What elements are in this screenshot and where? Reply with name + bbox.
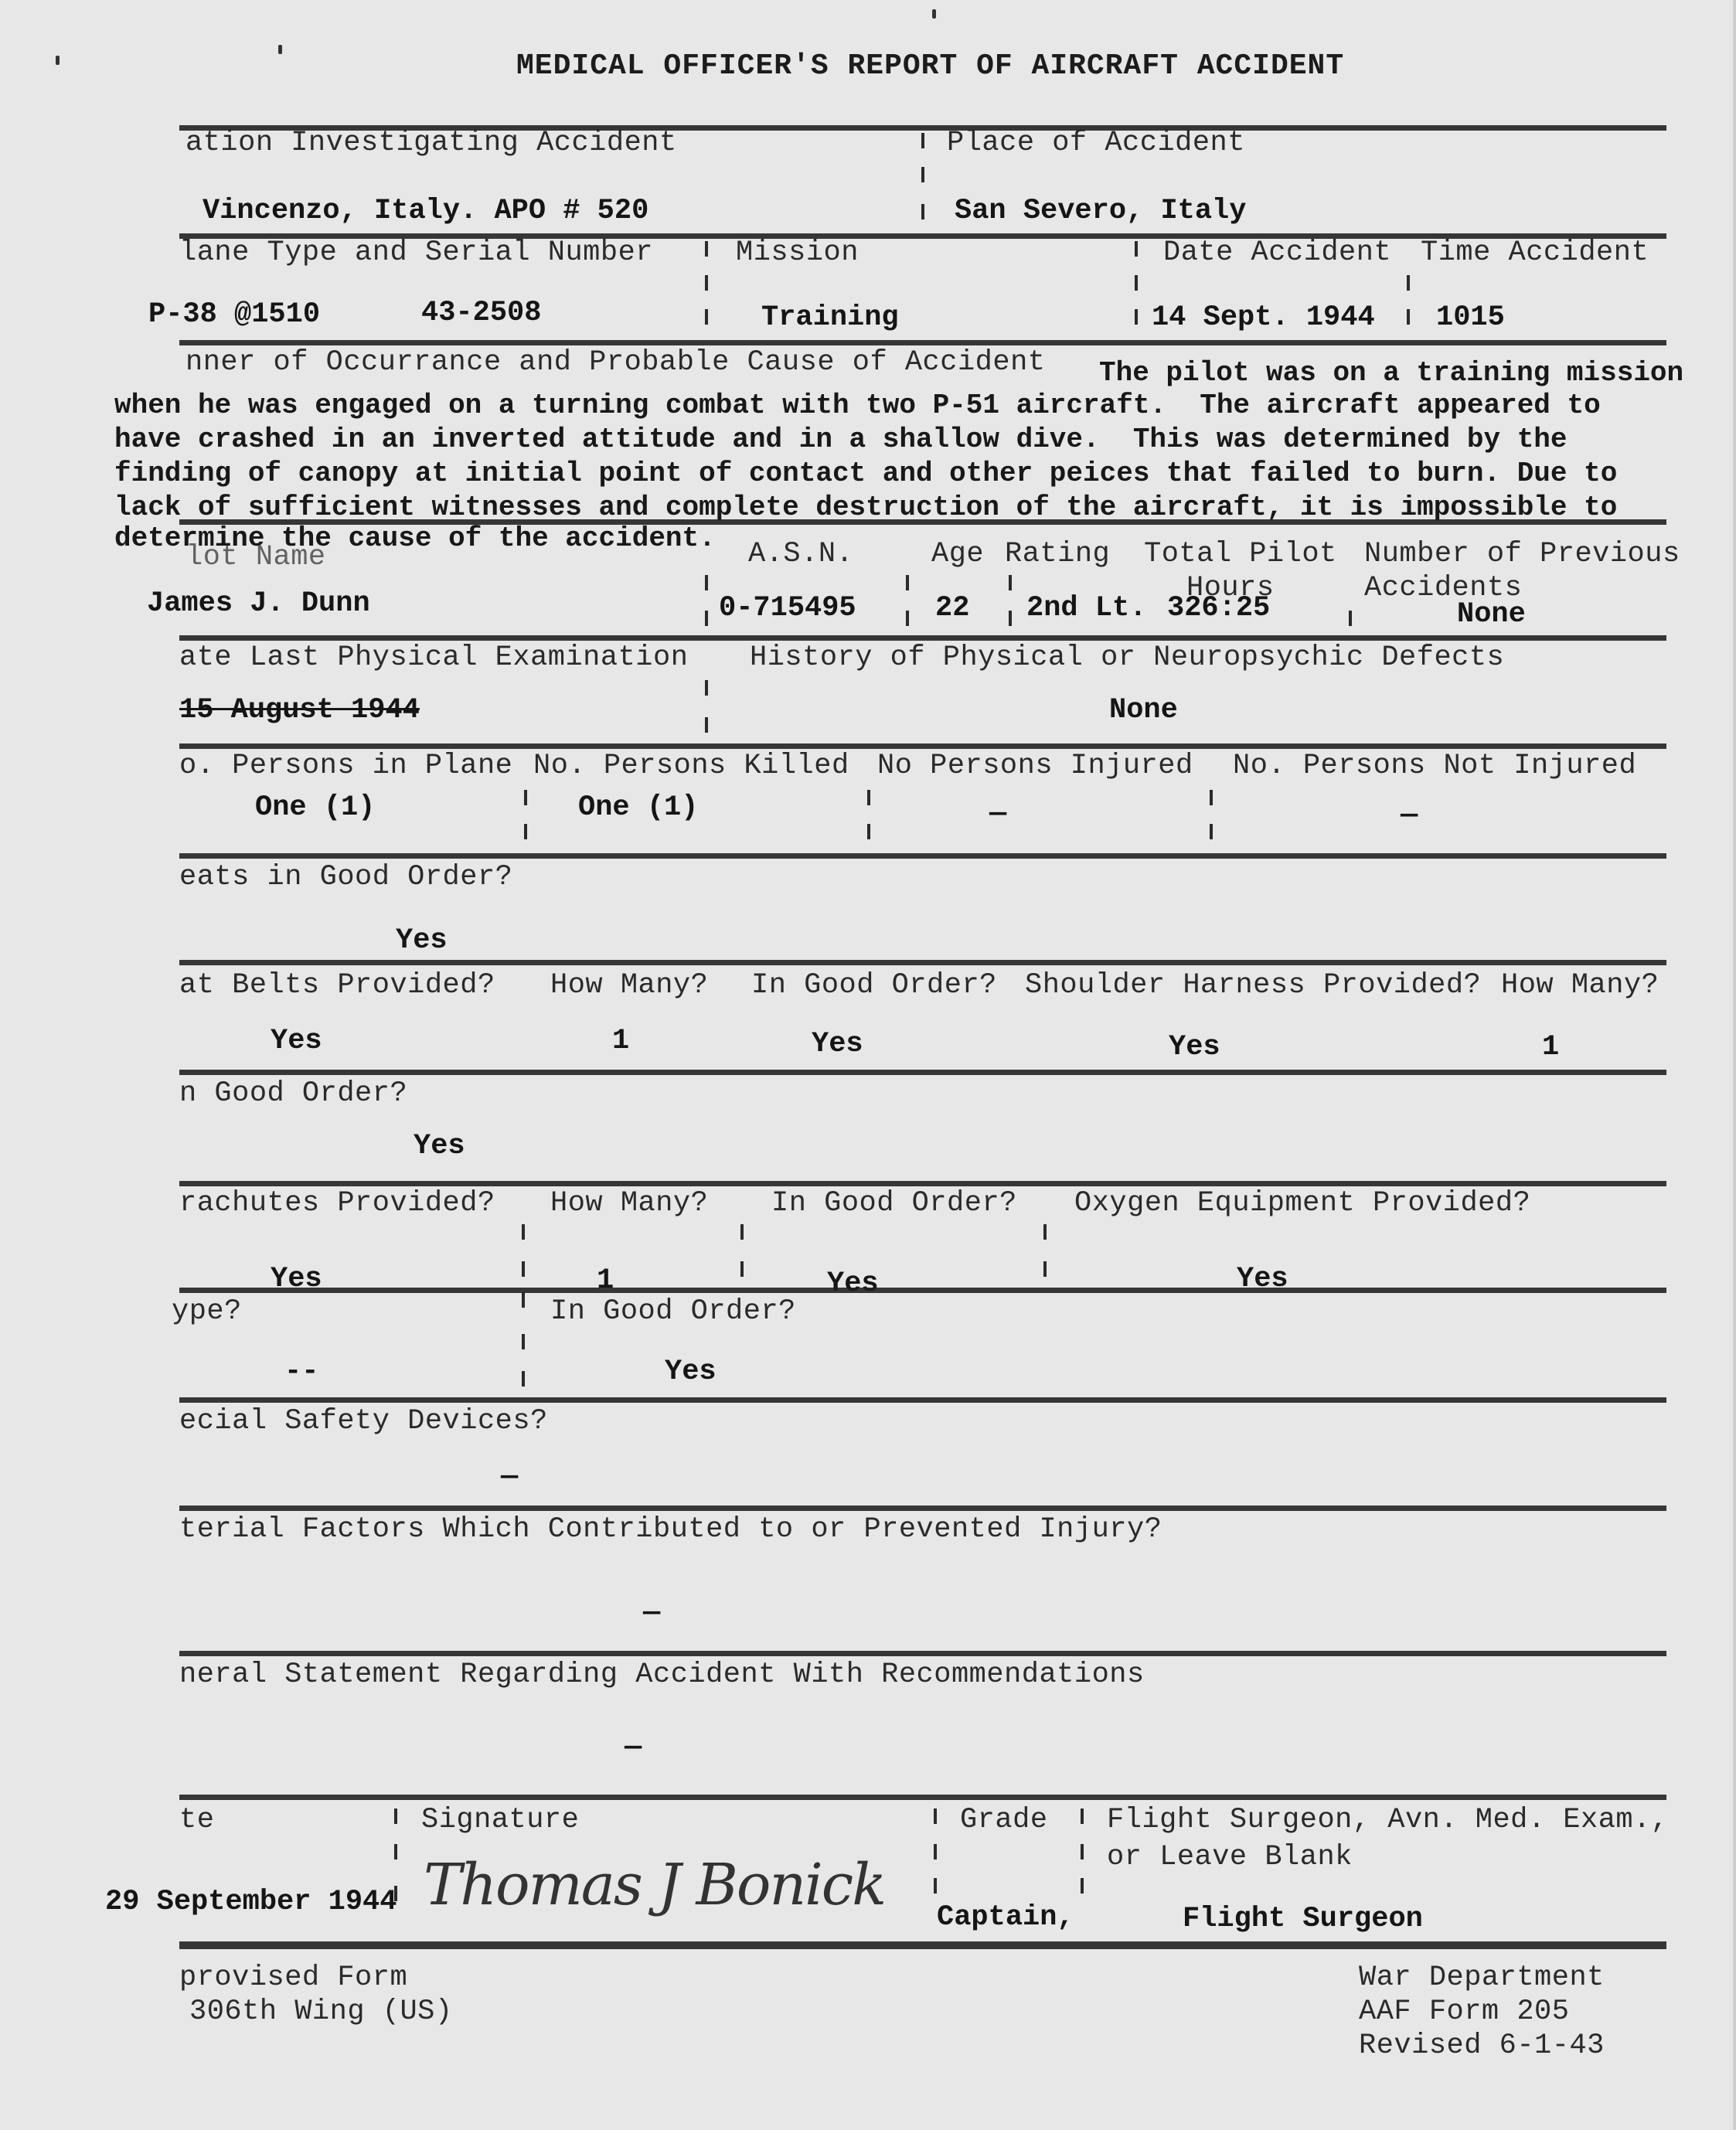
belts-how-many-label: How Many? bbox=[550, 969, 708, 1002]
rule bbox=[179, 1070, 1666, 1075]
column-divider bbox=[522, 1224, 525, 1240]
station-value: Vincenzo, Italy. APO # 520 bbox=[203, 195, 648, 227]
rule bbox=[179, 960, 1666, 965]
rule bbox=[179, 1506, 1666, 1511]
column-divider bbox=[740, 1261, 744, 1277]
physical-date-value: 15 August 1944 bbox=[179, 694, 420, 726]
column-divider bbox=[394, 1844, 397, 1859]
parachutes-provided-label: rachutes Provided? bbox=[179, 1187, 495, 1220]
signoff-date-value: 29 September 1944 bbox=[105, 1886, 397, 1918]
column-divider bbox=[740, 1224, 744, 1240]
belts-good-order-value: Yes bbox=[812, 1028, 863, 1060]
persons-killed-value: One (1) bbox=[578, 791, 698, 824]
manner-line: lack of sufficient witnesses and complet… bbox=[114, 492, 1617, 523]
special-devices-value: — bbox=[501, 1461, 518, 1493]
general-statement-label: neral Statement Regarding Accident With … bbox=[179, 1659, 1145, 1691]
column-divider bbox=[705, 241, 708, 257]
column-divider bbox=[1081, 1808, 1084, 1824]
material-factors-value: — bbox=[643, 1597, 660, 1629]
scan-speck bbox=[278, 45, 282, 54]
column-divider bbox=[705, 611, 708, 626]
column-divider bbox=[934, 1878, 937, 1894]
signature-label: Signature bbox=[421, 1804, 579, 1836]
column-divider bbox=[1043, 1224, 1047, 1240]
parachutes-good-order-value: Yes bbox=[827, 1267, 879, 1300]
mission-label: Mission bbox=[736, 236, 859, 269]
column-divider bbox=[1135, 241, 1138, 257]
column-divider bbox=[934, 1844, 937, 1859]
parachutes-good-order-label: In Good Order? bbox=[771, 1187, 1017, 1220]
harness-how-many-value: 1 bbox=[1542, 1031, 1559, 1063]
belts-provided-label: at Belts Provided? bbox=[179, 969, 495, 1002]
column-divider bbox=[921, 133, 924, 148]
column-divider bbox=[1081, 1844, 1084, 1859]
station-label: ation Investigating Accident bbox=[186, 127, 677, 159]
belts-good-order-label: In Good Order? bbox=[751, 969, 997, 1002]
rule bbox=[179, 1288, 1666, 1293]
plane-label: lane Type and Serial Number bbox=[179, 236, 653, 269]
scan-speck bbox=[932, 9, 936, 19]
footer-right-line: War Department bbox=[1359, 1962, 1605, 1994]
footer-left-line: 306th Wing (US) bbox=[189, 1996, 453, 2028]
rating-value: 2nd Lt. bbox=[1026, 592, 1146, 624]
column-divider bbox=[705, 717, 708, 733]
signoff-date-label: te bbox=[179, 1804, 214, 1836]
seats-value: Yes bbox=[396, 924, 448, 957]
persons-in-plane-value: One (1) bbox=[255, 791, 375, 824]
column-divider bbox=[1009, 575, 1012, 590]
plane-serial-value: 43-2508 bbox=[421, 297, 541, 329]
manner-line: when he was engaged on a turning combat … bbox=[114, 390, 1601, 421]
column-divider bbox=[522, 1292, 525, 1308]
column-divider bbox=[867, 824, 870, 839]
page-edge bbox=[1733, 0, 1736, 2130]
column-divider bbox=[1135, 309, 1138, 325]
pilot-name-value: James J. Dunn bbox=[147, 587, 370, 620]
grade-label: Grade bbox=[960, 1804, 1048, 1836]
column-divider bbox=[906, 611, 909, 626]
persons-not-injured-value: — bbox=[1401, 799, 1418, 832]
column-divider bbox=[1210, 824, 1213, 839]
previous-accidents-label: Number of Previous bbox=[1364, 538, 1680, 570]
hours-value: 326:25 bbox=[1167, 592, 1270, 624]
belts-provided-value: Yes bbox=[271, 1025, 322, 1057]
persons-injured-label: No Persons Injured bbox=[877, 750, 1193, 782]
rule bbox=[179, 1941, 1666, 1949]
column-divider bbox=[522, 1334, 525, 1349]
manner-line: finding of canopy at initial point of co… bbox=[114, 458, 1617, 489]
column-divider bbox=[934, 1808, 937, 1824]
column-divider bbox=[705, 680, 708, 696]
handwritten-signature: Thomas J Bonick bbox=[424, 1852, 885, 1918]
history-value: None bbox=[1109, 694, 1178, 726]
history-label: History of Physical or Neuropsychic Defe… bbox=[750, 641, 1504, 674]
time-accident-value: 1015 bbox=[1436, 301, 1505, 334]
manner-line: have crashed in an inverted attitude and… bbox=[114, 424, 1568, 455]
asn-value: 0-715495 bbox=[719, 592, 856, 624]
column-divider bbox=[921, 204, 924, 219]
column-divider bbox=[705, 275, 708, 291]
column-divider bbox=[867, 790, 870, 805]
column-divider bbox=[1009, 611, 1012, 626]
plane-type-value: P-38 @1510 bbox=[148, 298, 320, 331]
manner-label: nner of Occurrance and Probable Cause of… bbox=[186, 346, 1045, 379]
column-divider bbox=[705, 309, 708, 325]
persons-injured-value: — bbox=[989, 798, 1006, 830]
seats-label: eats in Good Order? bbox=[179, 861, 512, 893]
harness-value: Yes bbox=[1169, 1031, 1220, 1063]
oxygen-label: Oxygen Equipment Provided? bbox=[1074, 1187, 1530, 1220]
column-divider bbox=[394, 1808, 397, 1824]
role-value: Flight Surgeon bbox=[1183, 1903, 1423, 1935]
footer-right-line: AAF Form 205 bbox=[1359, 1996, 1569, 2028]
age-value: 22 bbox=[935, 592, 969, 624]
rule bbox=[179, 1795, 1666, 1800]
footer-left-line: provised Form bbox=[179, 1962, 407, 1994]
mission-value: Training bbox=[761, 301, 899, 334]
parachutes-how-many-label: How Many? bbox=[550, 1187, 708, 1220]
rule bbox=[179, 743, 1666, 749]
oxygen-good-order-value: Yes bbox=[665, 1356, 717, 1388]
column-divider bbox=[1135, 275, 1138, 291]
previous-accidents-value: None bbox=[1457, 598, 1526, 631]
role-label: Flight Surgeon, Avn. Med. Exam., bbox=[1107, 1804, 1669, 1836]
place-value: San Severo, Italy bbox=[955, 195, 1246, 227]
date-accident-label: Date Accident bbox=[1163, 236, 1391, 269]
footer-right-line: Revised 6-1-43 bbox=[1359, 2030, 1605, 2062]
persons-in-plane-label: o. Persons in Plane bbox=[179, 750, 512, 782]
physical-date-label: ate Last Physical Examination bbox=[179, 641, 688, 674]
grade-value: Captain, bbox=[937, 1901, 1074, 1934]
role-label-2: or Leave Blank bbox=[1107, 1841, 1353, 1873]
pilot-name-label: lot Name bbox=[186, 541, 326, 573]
place-label: Place of Accident bbox=[947, 127, 1245, 159]
column-divider bbox=[1210, 790, 1213, 805]
column-divider bbox=[906, 575, 909, 590]
harness-order-label: n Good Order? bbox=[179, 1077, 407, 1110]
time-accident-label: Time Accident bbox=[1421, 236, 1649, 269]
harness-label: Shoulder Harness Provided? bbox=[1025, 969, 1481, 1002]
column-divider bbox=[524, 790, 527, 805]
hours-label: Total Pilot bbox=[1144, 538, 1337, 570]
rating-label: Rating bbox=[1005, 538, 1110, 570]
scan-speck bbox=[56, 56, 60, 65]
column-divider bbox=[1407, 275, 1410, 291]
oxygen-type-value: -- bbox=[284, 1356, 318, 1388]
harness-how-many-label: How Many? bbox=[1501, 969, 1659, 1002]
column-divider bbox=[1407, 309, 1410, 325]
persons-not-injured-label: No. Persons Not Injured bbox=[1233, 750, 1636, 782]
material-factors-label: terial Factors Which Contributed to or P… bbox=[179, 1513, 1162, 1546]
manner-line: The pilot was on a training mission bbox=[1099, 357, 1683, 389]
rule bbox=[179, 1181, 1666, 1186]
date-accident-value: 14 Sept. 1944 bbox=[1152, 301, 1375, 334]
column-divider bbox=[921, 167, 924, 182]
asn-label: A.S.N. bbox=[748, 538, 853, 570]
special-devices-label: ecial Safety Devices? bbox=[179, 1405, 548, 1438]
rule bbox=[179, 340, 1666, 345]
rule bbox=[179, 1397, 1666, 1403]
general-statement-value: — bbox=[625, 1731, 642, 1764]
column-divider bbox=[1349, 611, 1352, 626]
oxygen-type-label: ype? bbox=[172, 1295, 242, 1328]
belts-how-many-value: 1 bbox=[612, 1025, 629, 1057]
rule bbox=[179, 635, 1666, 641]
rule bbox=[179, 519, 1666, 525]
column-divider bbox=[522, 1371, 525, 1387]
persons-killed-label: No. Persons Killed bbox=[533, 750, 849, 782]
age-label: Age bbox=[931, 538, 984, 570]
column-divider bbox=[1043, 1261, 1047, 1277]
column-divider bbox=[1081, 1878, 1084, 1894]
column-divider bbox=[705, 575, 708, 590]
column-divider bbox=[524, 824, 527, 839]
rule bbox=[179, 1651, 1666, 1656]
harness-order-value: Yes bbox=[414, 1130, 465, 1162]
oxygen-good-order-label: In Good Order? bbox=[550, 1295, 796, 1328]
rule bbox=[179, 853, 1666, 859]
form-title: MEDICAL OFFICER'S REPORT OF AIRCRAFT ACC… bbox=[516, 49, 1344, 83]
column-divider bbox=[522, 1261, 525, 1277]
